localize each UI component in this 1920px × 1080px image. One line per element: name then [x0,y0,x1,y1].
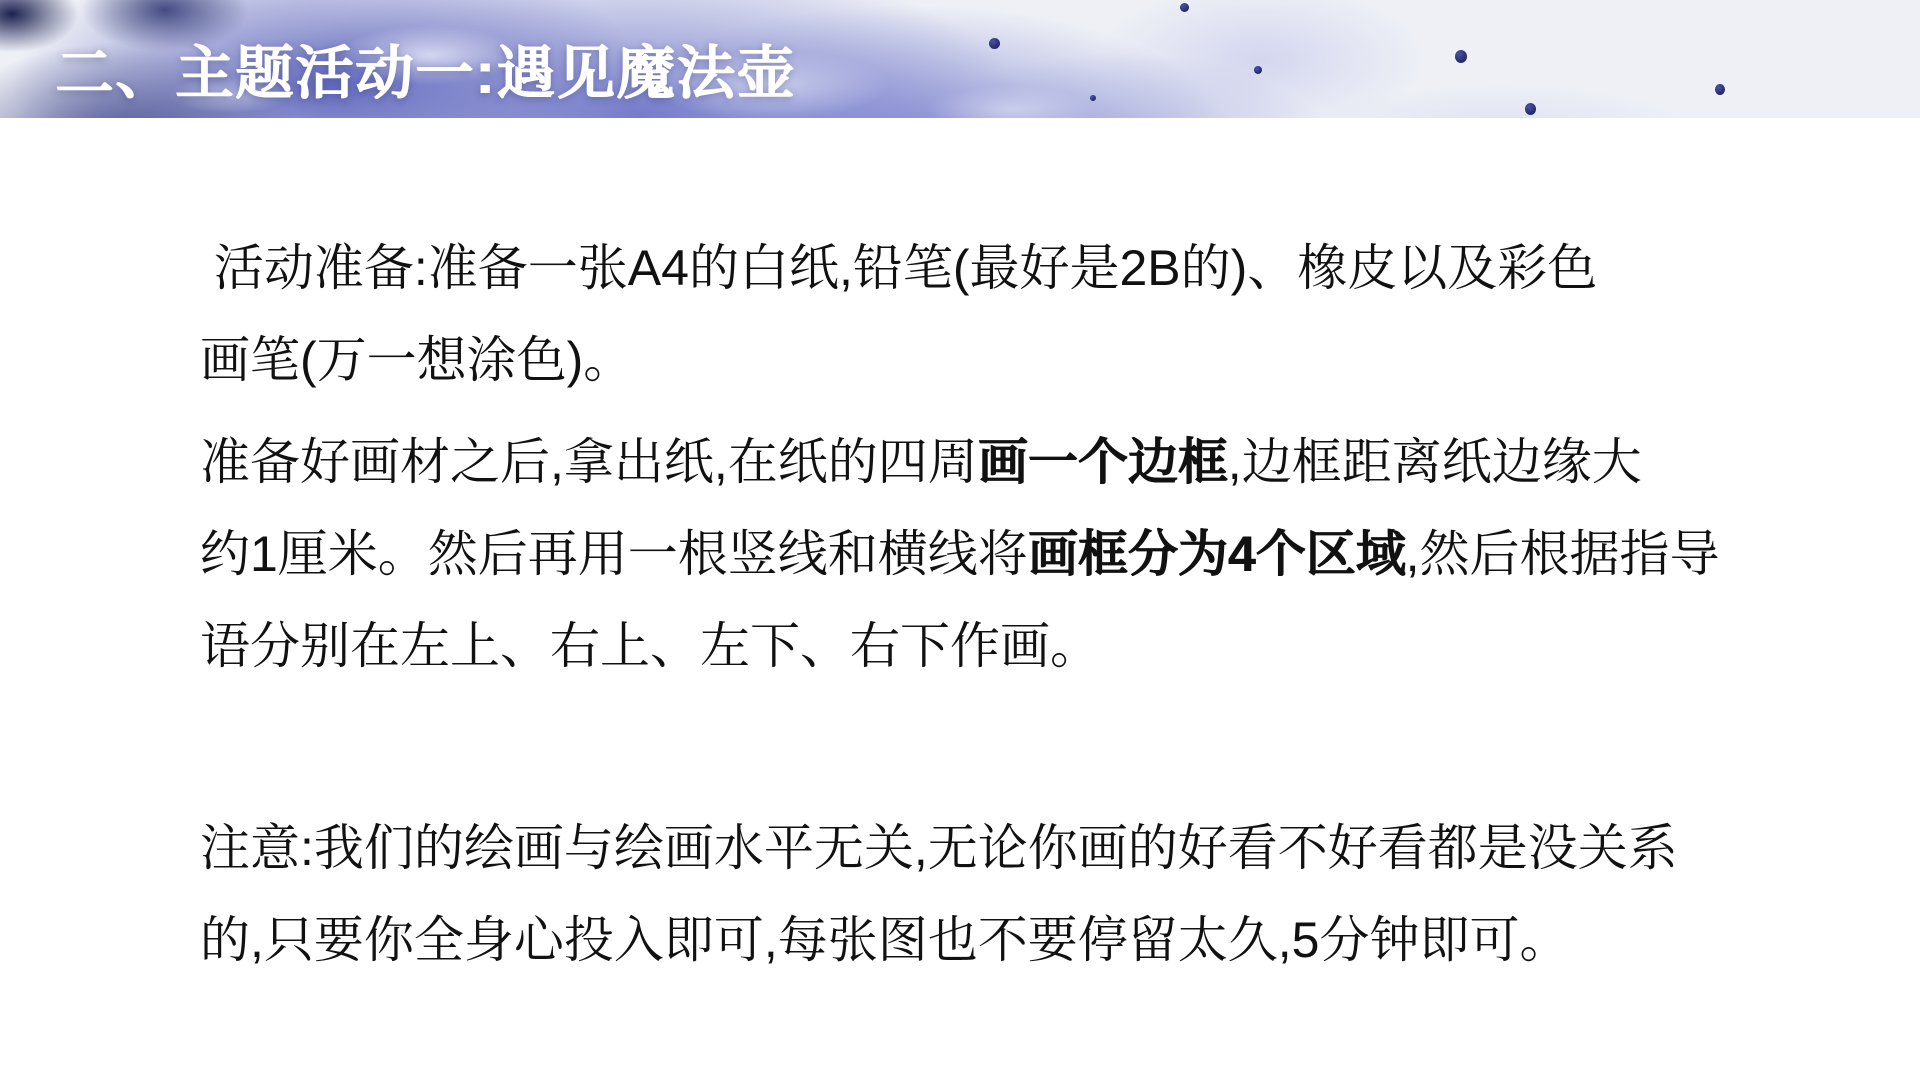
paragraph-preparation: 活动准备:准备一张A4的白纸,铅笔(最好是2B的)、橡皮以及彩色画笔(万一想涂色… [200,222,1760,406]
ink-dot [1090,95,1096,101]
ink-dot [1180,3,1189,12]
text-line: 注意:我们的绘画与绘画水平无关,无论你画的好看不好看都是没关系 [200,802,1760,894]
slide-title: 二、主题活动一:遇见魔法壶 [55,26,796,110]
text-line: 准备好画材之后,拿出纸,在纸的四周画一个边框,边框距离纸边缘大 [200,416,1760,508]
emphasis-text-run: 画框分为4个区域 [1028,526,1406,582]
slide-header-banner: 二、主题活动一:遇见魔法壶 [0,0,1920,118]
emphasis-text-run: 画一个边框 [978,434,1228,490]
text-line: 约1厘米。然后再用一根竖线和横线将画框分为4个区域,然后根据指导 [200,508,1760,600]
text-run: 准备好画材之后,拿出纸,在纸的四周 [200,434,978,490]
text-run: ,边框距离纸边缘大 [1228,434,1642,490]
text-run: 注意:我们的绘画与绘画水平无关,无论你画的好看不好看都是没关系 [200,820,1678,876]
text-run: 语分别在左上、右上、左下、右下作画。 [200,618,1100,674]
ink-dot [1715,84,1725,95]
text-line: 语分别在左上、右上、左下、右下作画。 [200,600,1760,692]
text-run: 画笔(万一想涂色)。 [200,332,633,388]
paragraph-note: 注意:我们的绘画与绘画水平无关,无论你画的好看不好看都是没关系的,只要你全身心投… [200,802,1760,986]
text-run: 约1厘米。然后再用一根竖线和横线将 [200,526,1028,582]
presentation-slide: 二、主题活动一:遇见魔法壶 活动准备:准备一张A4的白纸,铅笔(最好是2B的)、… [0,0,1920,1080]
text-run: ,然后根据指导 [1406,526,1720,582]
ink-dot [1525,103,1536,115]
text-line: 画笔(万一想涂色)。 [200,314,1760,406]
ink-dot [989,38,1000,49]
text-line: 的,只要你全身心投入即可,每张图也不要停留太久,5分钟即可。 [200,894,1760,986]
ink-dot [1254,66,1262,74]
text-run: 的,只要你全身心投入即可,每张图也不要停留太久,5分钟即可。 [200,912,1569,968]
ink-dot [1455,50,1467,63]
slide-body: 活动准备:准备一张A4的白纸,铅笔(最好是2B的)、橡皮以及彩色画笔(万一想涂色… [200,222,1760,996]
paragraph-spacer [200,702,1760,802]
paragraph-instructions: 准备好画材之后,拿出纸,在纸的四周画一个边框,边框距离纸边缘大约1厘米。然后再用… [200,416,1760,692]
text-run: 活动准备:准备一张A4的白纸,铅笔(最好是2B的)、橡皮以及彩色 [200,240,1597,296]
text-line: 活动准备:准备一张A4的白纸,铅笔(最好是2B的)、橡皮以及彩色 [200,222,1760,314]
